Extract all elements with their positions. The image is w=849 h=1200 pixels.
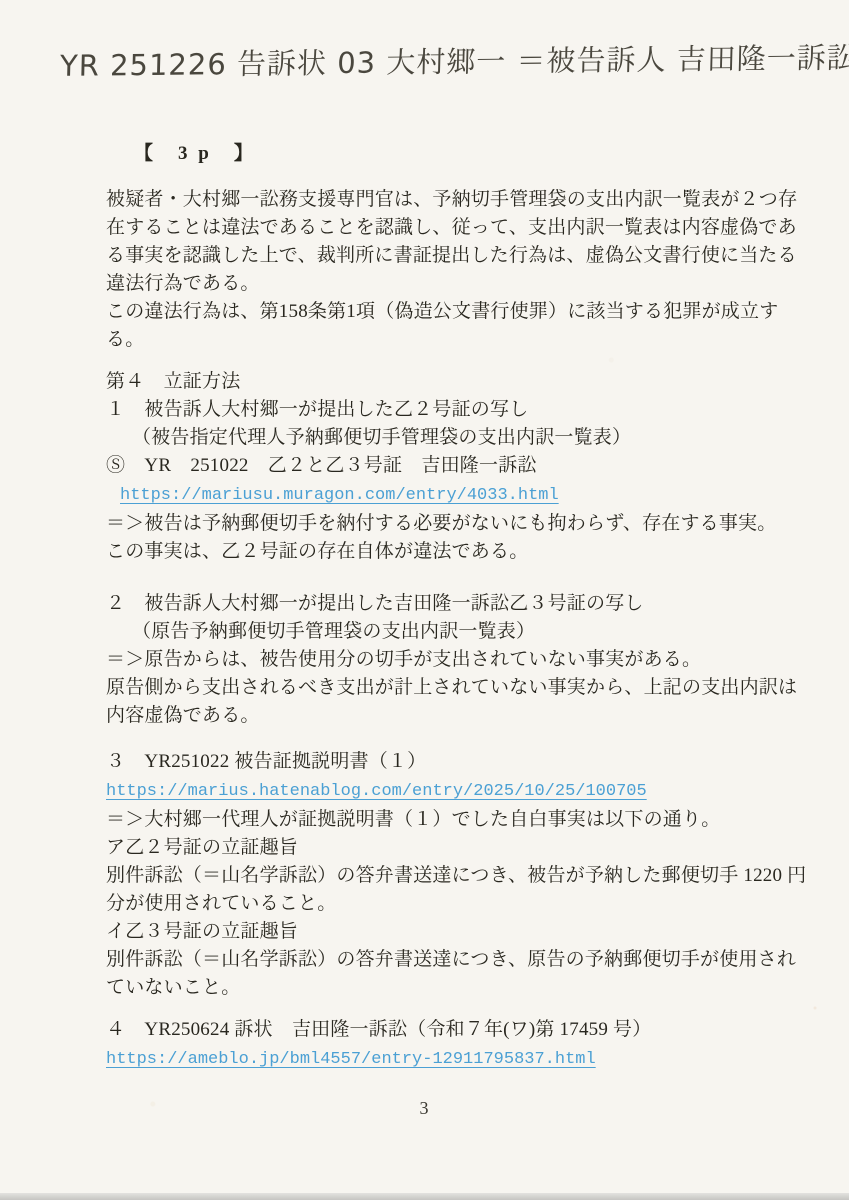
item1-note-line: この事実は、乙２号証の存在自体が違法である。 [106,538,793,566]
item3-note-line: 別件訴訟（＝山名学訴訟）の答弁書送達につき、被告が予納した郵便切手 1220 円 [106,862,793,890]
scanned-document-page: YR 251226 告訴状 03 大村郷一 ＝被告訴人 吉田隆一訴訟 【 3 p… [0,0,849,1200]
item2-note-line: 原告側から支出されるべき支出が計上されていない事実から、上記の支出内訳は [106,674,793,702]
item3-title: ３ YR251022 被告証拠説明書（１） [106,748,793,776]
intro-paragraph-line: 違法行為である。 [106,270,793,298]
item1-title: １ 被告訴人大村郷一が提出した乙２号証の写し [106,396,793,424]
item3-note-line: 別件訴訟（＝山名学訴訟）の答弁書送達につき、原告の予納郵便切手が使用され [106,946,793,974]
item2-subtitle: （原告予納郵便切手管理袋の支出内訳一覧表） [132,618,793,646]
section4-heading: 第４ 立証方法 [106,368,793,396]
item2-note-line: 内容虚偽である。 [106,702,793,730]
document-body: 【 3 p 】 被疑者・大村郷一訟務支援専門官は、予納切手管理袋の支出内訳一覧表… [0,0,849,1074]
intro-paragraph-line: 在することは違法であることを認識し、従って、支出内訳一覧表は内容虚偽であ [106,214,793,242]
item3-note-line: イ乙３号証の立証趣旨 [106,918,793,946]
intro-paragraph-line: 被疑者・大村郷一訟務支援専門官は、予納切手管理袋の支出内訳一覧表が２つ存 [106,186,793,214]
page-marker: 【 3 p 】 [134,140,793,168]
item2-note-line: ＝＞原告からは、被告使用分の切手が支出されていない事実がある。 [106,646,793,674]
scan-edge-shadow [0,1193,849,1200]
page-number: 3 [0,1098,849,1119]
item1-source-line: Ⓢ YR 251022 乙２と乙３号証 吉田隆一訴訟 [106,452,793,480]
item3-note-line: ア乙２号証の立証趣旨 [106,834,793,862]
intro-paragraph-line: る事実を認識した上で、裁判所に書証提出した行為は、虚偽公文書行使に当たる [106,242,793,270]
item4-title: ４ YR250624 訴状 吉田隆一訴訟（令和７年(ワ)第 17459 号） [106,1016,793,1044]
item1-link[interactable]: https://mariusu.muragon.com/entry/4033.h… [120,482,559,510]
item2-title: ２ 被告訴人大村郷一が提出した吉田隆一訴訟乙３号証の写し [106,590,793,618]
item3-note-line: ＝＞大村郷一代理人が証拠説明書（１）でした自白事実は以下の通り。 [106,806,793,834]
item3-url-line: https://marius.hatenablog.com/entry/2025… [106,776,793,806]
intro-paragraph-line: この違法行為は、第158条第1項（偽造公文書行使罪）に該当する犯罪が成立す [106,298,793,326]
item4-url-line: https://ameblo.jp/bml4557/entry-12911795… [106,1044,793,1074]
item3-link[interactable]: https://marius.hatenablog.com/entry/2025… [106,778,647,806]
intro-paragraph-line: る。 [106,326,793,354]
item1-url-line: https://mariusu.muragon.com/entry/4033.h… [120,480,793,510]
item1-subtitle: （被告指定代理人予納郵便切手管理袋の支出内訳一覧表） [132,424,793,452]
item4-link[interactable]: https://ameblo.jp/bml4557/entry-12911795… [106,1046,596,1074]
item3-note-line: 分が使用されていること。 [106,890,793,918]
item1-note-line: ＝＞被告は予納郵便切手を納付する必要がないにも拘わらず、存在する事実。 [106,510,793,538]
item3-note-line: ていないこと。 [106,974,793,1002]
